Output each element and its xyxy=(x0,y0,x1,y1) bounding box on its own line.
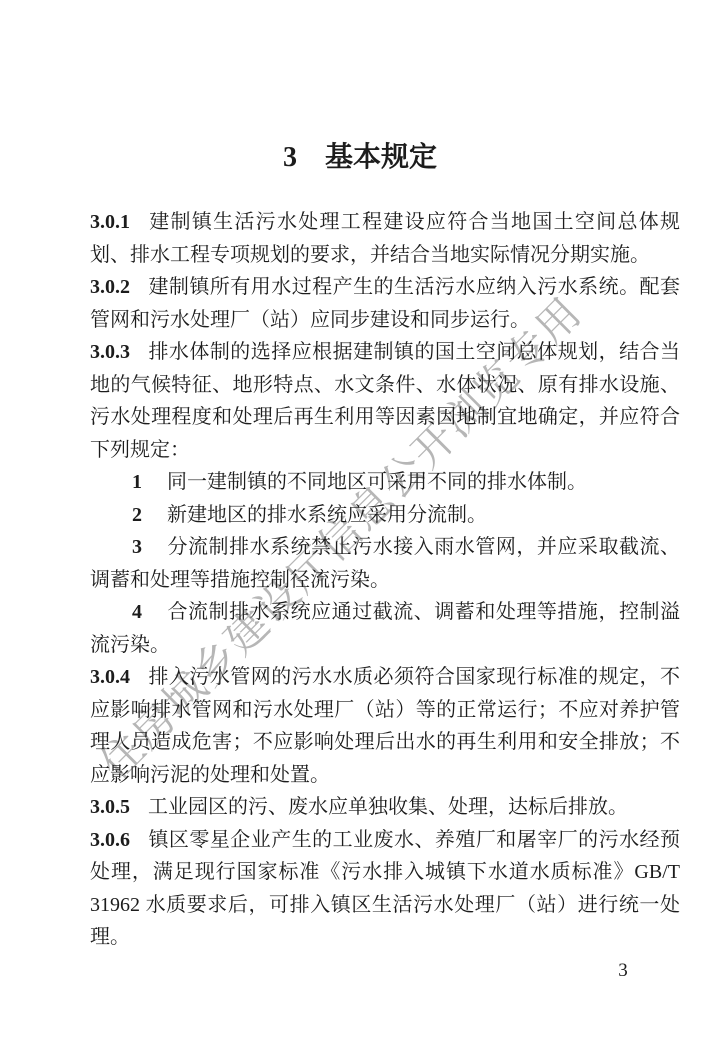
section-number: 3 xyxy=(283,142,297,173)
clause-number: 3.0.3 xyxy=(90,341,130,363)
clause-text: 建制镇生活污水处理工程建设应符合当地国土空间总体规划、排水工程专项规划的要求，并… xyxy=(90,211,680,266)
sub-item-number: 2 xyxy=(132,504,142,526)
clause: 3.0.2建制镇所有用水过程产生的生活污水应纳入污水系统。配套管网和污水处理厂（… xyxy=(90,271,680,336)
clause-text: 排入污水管网的污水水质必须符合国家现行标准的规定，不应影响排水管网和污水处理厂（… xyxy=(90,666,680,786)
sub-item-text: 新建地区的排水系统应采用分流制。 xyxy=(167,504,487,526)
page-number: 3 xyxy=(606,960,640,982)
clause-number: 3.0.6 xyxy=(90,829,130,851)
clause-number: 3.0.1 xyxy=(90,211,130,233)
clause-text: 排水体制的选择应根据建制镇的国土空间总体规划，结合当地的气候特征、地形特点、水文… xyxy=(90,341,680,461)
clause: 3.0.4排入污水管网的污水水质必须符合国家现行标准的规定，不应影响排水管网和污… xyxy=(90,661,680,791)
clause-number: 3.0.2 xyxy=(90,276,130,298)
document-page: 住房城乡建设厅信息公开浏览专用 3基本规定 3.0.1建制镇生活污水处理工程建设… xyxy=(0,0,720,1044)
clause-text: 建制镇所有用水过程产生的生活污水应纳入污水系统。配套管网和污水处理厂（站）应同步… xyxy=(90,276,680,331)
section-title: 3基本规定 xyxy=(0,141,720,175)
clause: 3.0.5工业园区的污、废水应单独收集、处理，达标后排放。 xyxy=(90,791,680,824)
clause: 3.0.1建制镇生活污水处理工程建设应符合当地国土空间总体规划、排水工程专项规划… xyxy=(90,206,680,271)
sub-item: 1同一建制镇的不同地区可采用不同的排水体制。 xyxy=(90,466,680,499)
clause-text: 镇区零星企业产生的工业废水、养殖厂和屠宰厂的污水经预处理，满足现行国家标准《污水… xyxy=(90,829,680,949)
sub-item: 2新建地区的排水系统应采用分流制。 xyxy=(90,499,680,532)
clause-text: 工业园区的污、废水应单独收集、处理，达标后排放。 xyxy=(148,796,628,818)
clause: 3.0.3排水体制的选择应根据建制镇的国土空间总体规划，结合当地的气候特征、地形… xyxy=(90,336,680,466)
clause-number: 3.0.5 xyxy=(90,796,130,818)
sub-item: 4合流制排水系统应通过截流、调蓄和处理等措施，控制溢流污染。 xyxy=(90,596,680,661)
sub-item-number: 1 xyxy=(132,471,142,493)
sub-item-text: 分流制排水系统禁止污水接入雨水管网，并应采取截流、调蓄和处理等措施控制径流污染。 xyxy=(90,536,680,591)
section-title-text: 基本规定 xyxy=(325,142,437,173)
clause: 3.0.6镇区零星企业产生的工业废水、养殖厂和屠宰厂的污水经预处理，满足现行国家… xyxy=(90,824,680,954)
sub-item-text: 同一建制镇的不同地区可采用不同的排水体制。 xyxy=(167,471,587,493)
document-body: 3.0.1建制镇生活污水处理工程建设应符合当地国土空间总体规划、排水工程专项规划… xyxy=(90,206,680,954)
sub-item-text: 合流制排水系统应通过截流、调蓄和处理等措施，控制溢流污染。 xyxy=(90,601,680,656)
sub-item-number: 4 xyxy=(132,601,142,623)
clause-number: 3.0.4 xyxy=(90,666,130,688)
sub-item: 3分流制排水系统禁止污水接入雨水管网，并应采取截流、调蓄和处理等措施控制径流污染… xyxy=(90,531,680,596)
sub-item-number: 3 xyxy=(132,536,142,558)
